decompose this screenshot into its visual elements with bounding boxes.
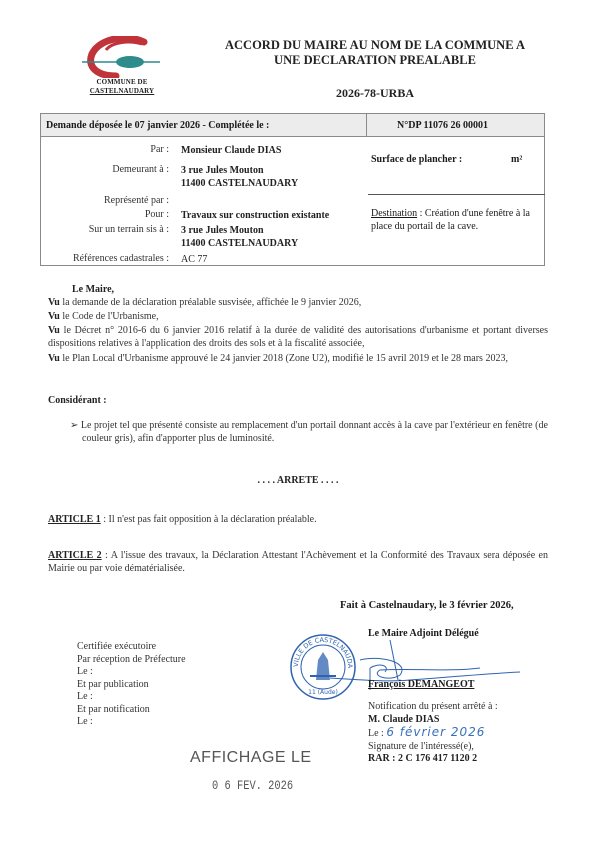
value-demeurant-2: 11400 CASTELNAUDARY [181,177,298,190]
cert-line: Le : [77,666,186,679]
notification-date: Le : 6 février 2026 [368,726,498,741]
cert-line: Par réception de Préfecture [77,654,186,667]
le-maire: Le Maire, [72,284,572,297]
signatory-name: François DEMANGEOT [368,679,474,690]
affichage-stamp: AFFICHAGE LE [190,749,312,767]
destination-label: Destination [371,208,417,219]
considerant-text: Le projet tel que présenté consiste au r… [81,420,548,444]
logo-line-2: CASTELNAUDARY [72,87,172,96]
vu-text: le Plan Local d'Urbanisme approuvé le 24… [60,353,508,364]
signatory-title: Le Maire Adjoint Délégué [368,628,479,639]
vu-prefix: Vu [48,311,60,322]
notification-block: Notification du présent arrêté à : M. Cl… [368,701,498,766]
divider [366,114,367,137]
vu-text: la demande de la déclaration préalable s… [60,297,361,308]
affichage-date: 0 6 FEV. 2026 [212,778,293,793]
value-terrain-2: 11400 CASTELNAUDARY [181,237,298,250]
label-pour: Pour : [145,209,169,220]
deposit-date: Demande déposée le 07 janvier 2026 - Com… [46,120,269,131]
label-represente: Représenté par : [104,195,169,206]
considerant-label: Considérant : [48,395,548,408]
value-pour: Travaux sur construction existante [181,209,329,222]
arrete-heading: . . . . ARRETE . . . . [48,475,548,488]
article-2-label: ARTICLE 2 [48,550,102,561]
article-2-text: : A l'issue des travaux, la Déclaration … [48,550,548,574]
surface-label: Surface de plancher : [371,154,462,165]
request-info-table: Demande déposée le 07 janvier 2026 - Com… [40,113,545,266]
vu-4: Vu le Plan Local d'Urbanisme approuvé le… [48,353,548,366]
label-cadastre: Références cadastrales : [73,253,169,264]
logo-line-1: COMMUNE DE [72,78,172,87]
commune-logo: COMMUNE DE CASTELNAUDARY [72,36,172,102]
divider [368,194,545,195]
vu-2: Vu le Code de l'Urbanisme, [48,311,548,324]
signature-icon [330,640,530,700]
place-date: Fait à Castelnaudary, le 3 février 2026, [340,600,514,611]
article-1-text: : Il n'est pas fait opposition à la décl… [101,514,317,525]
value-par: Monsieur Claude DIAS [181,144,281,157]
cert-line: Le : [77,716,186,729]
value-demeurant-1: 3 rue Jules Mouton [181,164,264,177]
title-line-1: ACCORD DU MAIRE AU NOM DE LA COMMUNE A [190,38,560,53]
vu-3: Vu le Décret n° 2016-6 du 6 janvier 2016… [48,325,548,350]
cert-line: Et par notification [77,704,186,717]
vu-prefix: Vu [48,325,60,336]
vu-prefix: Vu [48,353,60,364]
cert-line: Certifiée exécutoire [77,641,186,654]
value-cadastre: AC 77 [181,253,207,266]
certification-block: Certifiée exécutoire Par réception de Pr… [77,641,186,729]
dp-number: N°DP 11076 26 00001 [397,120,488,131]
cert-line: Le : [77,691,186,704]
vu-text: le Code de l'Urbanisme, [60,311,159,322]
document-reference: 2026-78-URBA [190,86,560,101]
considerant-item: ➢ Le projet tel que présenté consiste au… [70,420,550,445]
vu-text: le Décret n° 2016-6 du 6 janvier 2016 re… [48,325,548,349]
article-1: ARTICLE 1 : Il n'est pas fait opposition… [48,514,548,527]
label-terrain: Sur un terrain sis à : [89,224,169,235]
arrow-bullet-icon: ➢ [70,420,78,431]
label-par: Par : [150,144,169,155]
handwritten-date: 6 février 2026 [386,725,485,739]
handwritten-signature [330,640,530,703]
document-title: ACCORD DU MAIRE AU NOM DE LA COMMUNE A U… [190,38,560,68]
destination: Destination : Création d'une fenêtre à l… [371,208,543,233]
rar-number: RAR : 2 C 176 417 1120 2 [368,753,498,766]
article-2: ARTICLE 2 : A l'issue des travaux, la Dé… [48,550,548,575]
notification-date-label: Le : [368,728,386,739]
table-header: Demande déposée le 07 janvier 2026 - Com… [41,114,544,137]
vu-prefix: Vu [48,297,60,308]
article-1-label: ARTICLE 1 [48,514,101,525]
title-line-2: UNE DECLARATION PREALABLE [190,53,560,68]
notification-signature: Signature de l'intéressé(e), [368,741,498,754]
surface-unit: m² [511,154,522,165]
commune-logo-icon [82,36,162,78]
cert-line: Et par publication [77,679,186,692]
notification-label: Notification du présent arrêté à : [368,701,498,714]
value-terrain-1: 3 rue Jules Mouton [181,224,264,237]
vu-1: Vu la demande de la déclaration préalabl… [48,297,548,310]
label-demeurant: Demeurant à : [112,164,169,175]
